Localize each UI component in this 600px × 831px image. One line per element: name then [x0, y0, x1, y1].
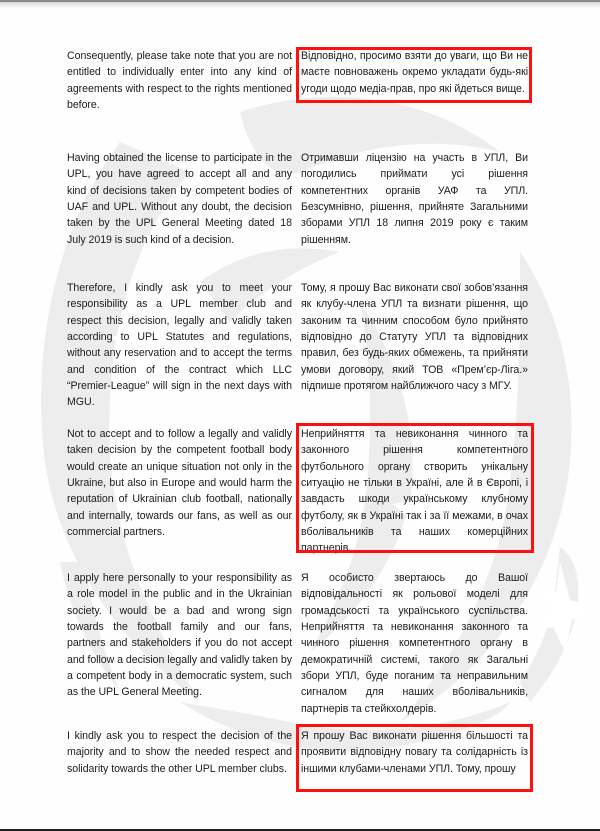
paragraph-en-1: Consequently, please take note that you … — [67, 48, 292, 113]
paragraph-en-2: Having obtained the license to participa… — [67, 150, 292, 248]
paragraph-uk-6: Я прошу Вас виконати рішення більшості т… — [301, 728, 528, 777]
paragraph-en-3: Therefore, I kindly ask you to meet your… — [67, 280, 292, 411]
document-page: Consequently, please take note that you … — [0, 0, 600, 831]
paragraph-uk-2: Отримавши ліцензію на участь в УПЛ, Ви п… — [301, 150, 528, 248]
paragraph-en-6: I kindly ask you to respect the decision… — [67, 728, 292, 777]
paragraph-uk-4: Неприйняття та невиконання чинного та за… — [301, 426, 528, 557]
paragraph-uk-5: Я особисто звертаюсь до Вашої відповідал… — [301, 570, 528, 717]
paragraph-en-5: I apply here personally to your responsi… — [67, 570, 292, 701]
paragraph-uk-3: Тому, я прошу Вас виконати свої зобов’яз… — [301, 280, 528, 394]
paragraph-uk-1: Відповідно, просимо взяти до уваги, що В… — [301, 48, 528, 97]
paragraph-en-4: Not to accept and to follow a legally an… — [67, 426, 292, 540]
